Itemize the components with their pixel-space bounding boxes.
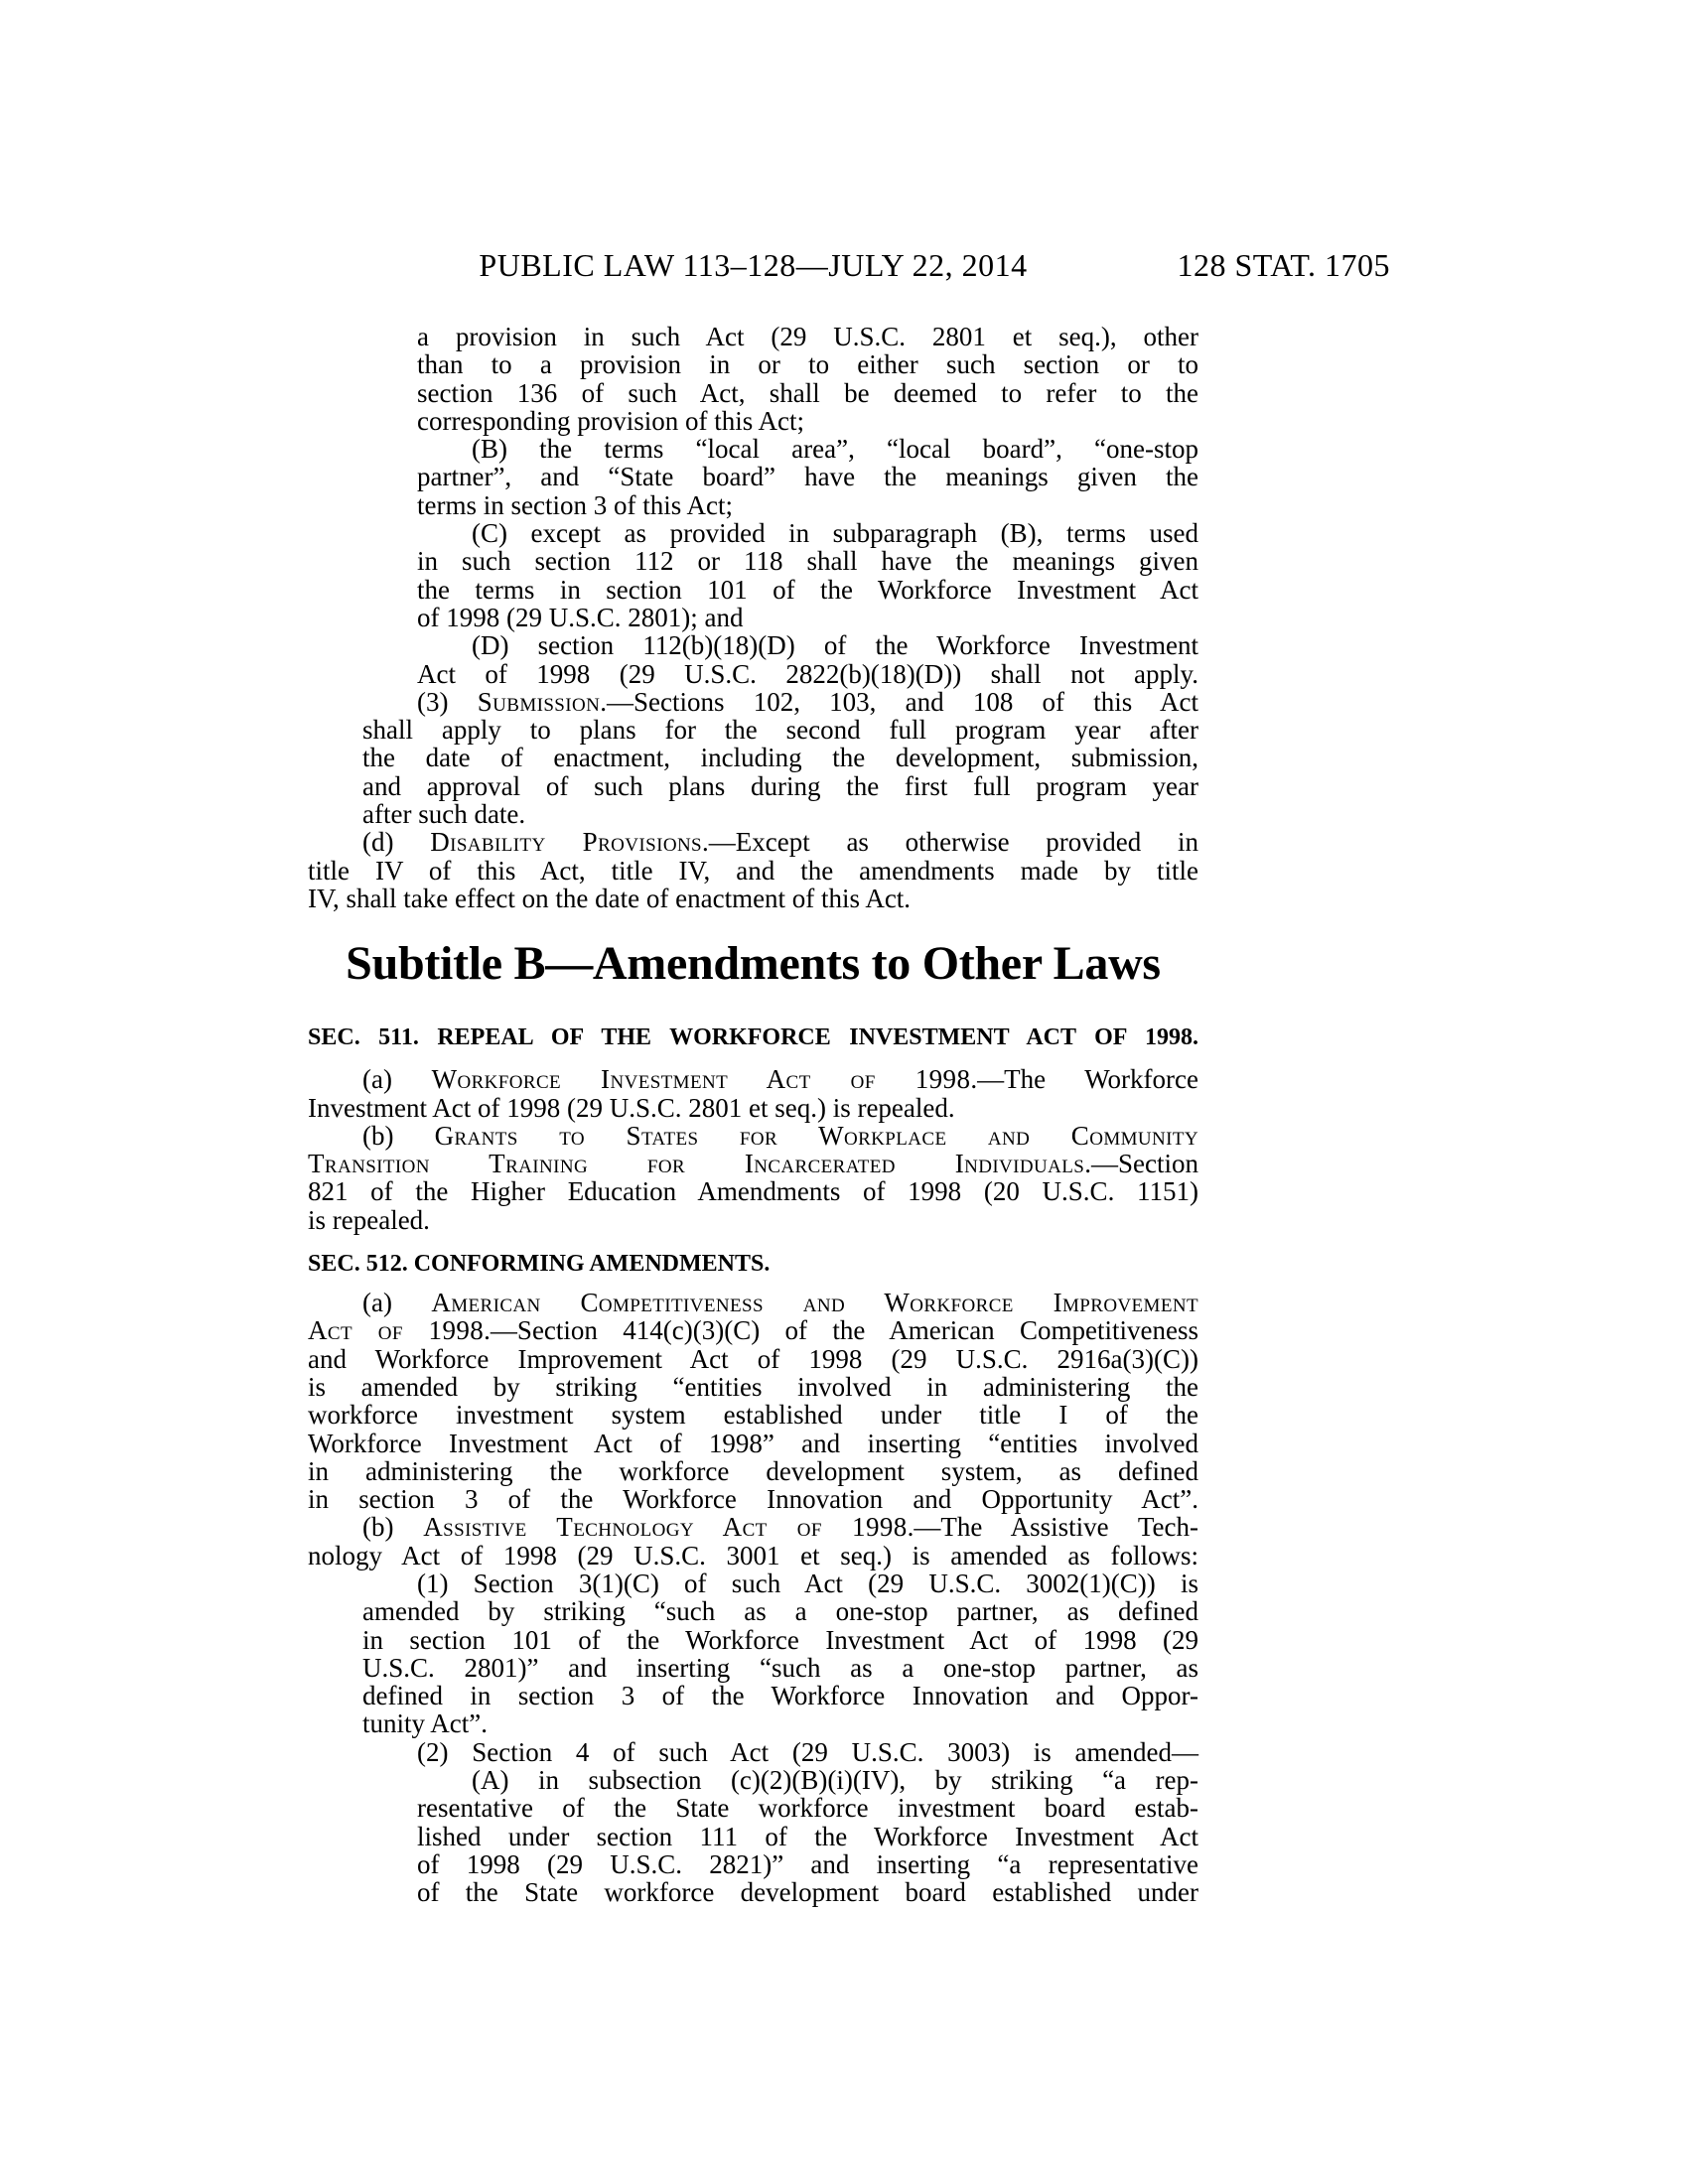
text-segment: (C) except as provided in subparagraph (…	[472, 518, 1198, 548]
text-line: tunity Act”.	[308, 1709, 1198, 1737]
text-segment: .—The Assistive Tech-	[908, 1512, 1198, 1542]
text-segment: defined in section 3 of the Workforce In…	[362, 1681, 1198, 1710]
text-segment: the terms in section 101 of the Workforc…	[417, 575, 1198, 605]
text-line: U.S.C. 2801)” and inserting “such as a o…	[308, 1654, 1198, 1682]
text-segment: .—The Workforce	[970, 1064, 1198, 1094]
text-segment: (b)	[362, 1512, 423, 1542]
text-line: (A) in subsection (c)(2)(B)(i)(IV), by s…	[308, 1766, 1198, 1794]
text-segment: workforce investment system established …	[308, 1400, 1198, 1430]
text-segment: in section 3 of the Workforce Innovation…	[308, 1484, 1198, 1514]
text-segment: (b)	[362, 1121, 435, 1151]
text-segment: lished under section 111 of the Workforc…	[417, 1822, 1198, 1851]
text-segment: amended by striking “such as a one-stop …	[362, 1596, 1198, 1626]
paragraph-group: (a) American Competitiveness and Workfor…	[308, 1289, 1198, 1907]
subtitle-heading: Subtitle B—Amendments to Other Laws	[308, 936, 1198, 992]
text-line: of 1998 (29 U.S.C. 2821)” and inserting …	[308, 1850, 1198, 1878]
text-line: Workforce Investment Act of 1998” and in…	[308, 1430, 1198, 1457]
text-segment: (A) in subsection (c)(2)(B)(i)(IV), by s…	[472, 1765, 1198, 1795]
text-line: Investment Act of 1998 (29 U.S.C. 2801 e…	[308, 1094, 1198, 1122]
text-segment: after such date.	[362, 799, 525, 829]
text-segment: (2) Section 4 of such Act (29 U.S.C. 300…	[417, 1737, 1198, 1767]
text-line: (B) the terms “local area”, “local board…	[308, 435, 1198, 463]
text-segment: title IV of this Act, title IV, and the …	[308, 856, 1198, 886]
text-segment: corresponding provision of this Act;	[417, 406, 804, 436]
text-segment: in section 101 of the Workforce Investme…	[362, 1625, 1198, 1655]
text-line: nology Act of 1998 (29 U.S.C. 3001 et se…	[308, 1542, 1198, 1570]
text-line: of the State workforce development board…	[308, 1878, 1198, 1906]
text-segment: U.S.C. 2801)” and inserting “such as a o…	[362, 1653, 1198, 1683]
text-line: defined in section 3 of the Workforce In…	[308, 1682, 1198, 1709]
text-segment: (B) the terms “local area”, “local board…	[472, 434, 1198, 464]
text-segment: is amended by striking “entities involve…	[308, 1372, 1198, 1402]
text-line: (b) Grants to States for Workplace and C…	[308, 1122, 1198, 1150]
paragraph-group: (a) Workforce Investment Act of 1998.—Th…	[308, 1065, 1198, 1234]
text-segment: .—Except as otherwise provided in	[702, 827, 1198, 857]
small-caps-text: Workforce Investment Act of 1998	[432, 1064, 971, 1094]
document-body: a provision in such Act (29 U.S.C. 2801 …	[308, 323, 1198, 1907]
small-caps-text: American Competitiveness and Workforce I…	[431, 1288, 1198, 1317]
text-line: terms in section 3 of this Act;	[308, 491, 1198, 519]
text-line: and approval of such plans during the fi…	[308, 772, 1198, 800]
text-segment: of the State workforce development board…	[417, 1877, 1198, 1907]
header-stat-page-number: 128 STAT. 1705	[1177, 246, 1390, 284]
text-line: (b) Assistive Technology Act of 1998.—Th…	[308, 1513, 1198, 1541]
section-heading: SEC. 511. REPEAL OF THE WORKFORCE INVEST…	[308, 1023, 1198, 1052]
text-segment: Investment Act of 1998 (29 U.S.C. 2801 e…	[308, 1093, 955, 1123]
text-segment: (3)	[417, 687, 478, 717]
text-line: in administering the workforce developme…	[308, 1457, 1198, 1485]
text-segment: partner”, and “State board” have the mea…	[417, 462, 1198, 491]
small-caps-text: Transition Training for Incarcerated Ind…	[308, 1149, 1084, 1178]
text-segment: .—Section 414(c)(3)(C) of the American C…	[484, 1315, 1198, 1345]
statute-page: PUBLIC LAW 113–128—JULY 22, 2014 128 STA…	[0, 0, 1688, 2184]
text-line: (1) Section 3(1)(C) of such Act (29 U.S.…	[308, 1570, 1198, 1597]
text-segment: shall apply to plans for the second full…	[362, 715, 1198, 745]
text-line: in such section 112 or 118 shall have th…	[308, 547, 1198, 575]
text-segment: (a)	[362, 1288, 431, 1317]
text-line: section 136 of such Act, shall be deemed…	[308, 379, 1198, 407]
text-segment: than to a provision in or to either such…	[417, 349, 1198, 379]
text-line: (D) section 112(b)(18)(D) of the Workfor…	[308, 631, 1198, 659]
text-segment: section 136 of such Act, shall be deemed…	[417, 378, 1198, 408]
text-line: (d) Disability Provisions.—Except as oth…	[308, 828, 1198, 856]
text-line: is repealed.	[308, 1206, 1198, 1234]
text-segment: .—Sections 102, 103, and 108 of this Act	[600, 687, 1198, 717]
text-segment: (d)	[362, 827, 430, 857]
text-segment: resentative of the State workforce inves…	[417, 1793, 1198, 1823]
text-segment: Act of 1998 (29 U.S.C. 2822(b)(18)(D)) s…	[417, 659, 1198, 689]
text-segment: and Workforce Improvement Act of 1998 (2…	[308, 1344, 1198, 1374]
text-segment: in administering the workforce developme…	[308, 1456, 1198, 1486]
text-segment: (a)	[362, 1064, 432, 1094]
text-line: and Workforce Improvement Act of 1998 (2…	[308, 1345, 1198, 1373]
text-line: in section 101 of the Workforce Investme…	[308, 1626, 1198, 1654]
text-line: (C) except as provided in subparagraph (…	[308, 519, 1198, 547]
text-segment: in such section 112 or 118 shall have th…	[417, 546, 1198, 576]
text-line: IV, shall take effect on the date of ena…	[308, 885, 1198, 912]
text-segment: of 1998 (29 U.S.C. 2801); and	[417, 603, 743, 632]
text-line: shall apply to plans for the second full…	[308, 716, 1198, 744]
text-line: Act of 1998.—Section 414(c)(3)(C) of the…	[308, 1316, 1198, 1344]
text-segment: IV, shall take effect on the date of ena…	[308, 884, 911, 913]
section-heading: SEC. 512. CONFORMING AMENDMENTS.	[308, 1249, 1198, 1279]
text-line: (a) American Competitiveness and Workfor…	[308, 1289, 1198, 1316]
text-segment: (D) section 112(b)(18)(D) of the Workfor…	[472, 630, 1198, 660]
text-line: amended by striking “such as a one-stop …	[308, 1597, 1198, 1625]
paragraph-group: a provision in such Act (29 U.S.C. 2801 …	[308, 323, 1198, 912]
text-line: in section 3 of the Workforce Innovation…	[308, 1485, 1198, 1513]
text-line: 821 of the Higher Education Amendments o…	[308, 1177, 1198, 1205]
text-line: corresponding provision of this Act;	[308, 407, 1198, 435]
text-segment: terms in section 3 of this Act;	[417, 490, 733, 520]
header-law-title: PUBLIC LAW 113–128—JULY 22, 2014	[308, 246, 1198, 284]
text-line: the date of enactment, including the dev…	[308, 744, 1198, 771]
text-segment: is repealed.	[308, 1205, 430, 1235]
text-line: the terms in section 101 of the Workforc…	[308, 576, 1198, 604]
text-line: a provision in such Act (29 U.S.C. 2801 …	[308, 323, 1198, 350]
text-line: (a) Workforce Investment Act of 1998.—Th…	[308, 1065, 1198, 1093]
text-line: resentative of the State workforce inves…	[308, 1794, 1198, 1822]
text-segment: 821 of the Higher Education Amendments o…	[308, 1176, 1198, 1206]
text-line: title IV of this Act, title IV, and the …	[308, 857, 1198, 885]
small-caps-text: Grants to States for Workplace and Commu…	[435, 1121, 1198, 1151]
text-segment: (1) Section 3(1)(C) of such Act (29 U.S.…	[417, 1569, 1198, 1598]
small-caps-text: Disability Provisions	[430, 827, 702, 857]
text-segment: tunity Act”.	[362, 1708, 488, 1738]
running-header: PUBLIC LAW 113–128—JULY 22, 2014 128 STA…	[308, 246, 1390, 288]
text-segment: of 1998 (29 U.S.C. 2821)” and inserting …	[417, 1849, 1198, 1879]
text-line: workforce investment system established …	[308, 1401, 1198, 1429]
text-line: partner”, and “State board” have the mea…	[308, 463, 1198, 490]
text-line: lished under section 111 of the Workforc…	[308, 1823, 1198, 1850]
text-line: Act of 1998 (29 U.S.C. 2822(b)(18)(D)) s…	[308, 660, 1198, 688]
small-caps-text: Assistive Technology Act of 1998	[423, 1512, 907, 1542]
text-segment: Workforce Investment Act of 1998” and in…	[308, 1429, 1198, 1458]
text-line: than to a provision in or to either such…	[308, 350, 1198, 378]
text-line: (2) Section 4 of such Act (29 U.S.C. 300…	[308, 1738, 1198, 1766]
text-segment: and approval of such plans during the fi…	[362, 771, 1198, 801]
small-caps-text: Submission	[478, 687, 601, 717]
text-line: of 1998 (29 U.S.C. 2801); and	[308, 604, 1198, 631]
text-line: Transition Training for Incarcerated Ind…	[308, 1150, 1198, 1177]
text-line: is amended by striking “entities involve…	[308, 1373, 1198, 1401]
text-segment: a provision in such Act (29 U.S.C. 2801 …	[417, 322, 1198, 351]
text-segment: .—Section	[1084, 1149, 1198, 1178]
text-line: after such date.	[308, 800, 1198, 828]
text-line: (3) Submission.—Sections 102, 103, and 1…	[308, 688, 1198, 716]
small-caps-text: Act of 1998	[308, 1315, 484, 1345]
text-segment: the date of enactment, including the dev…	[362, 743, 1198, 772]
text-segment: nology Act of 1998 (29 U.S.C. 3001 et se…	[308, 1541, 1198, 1570]
